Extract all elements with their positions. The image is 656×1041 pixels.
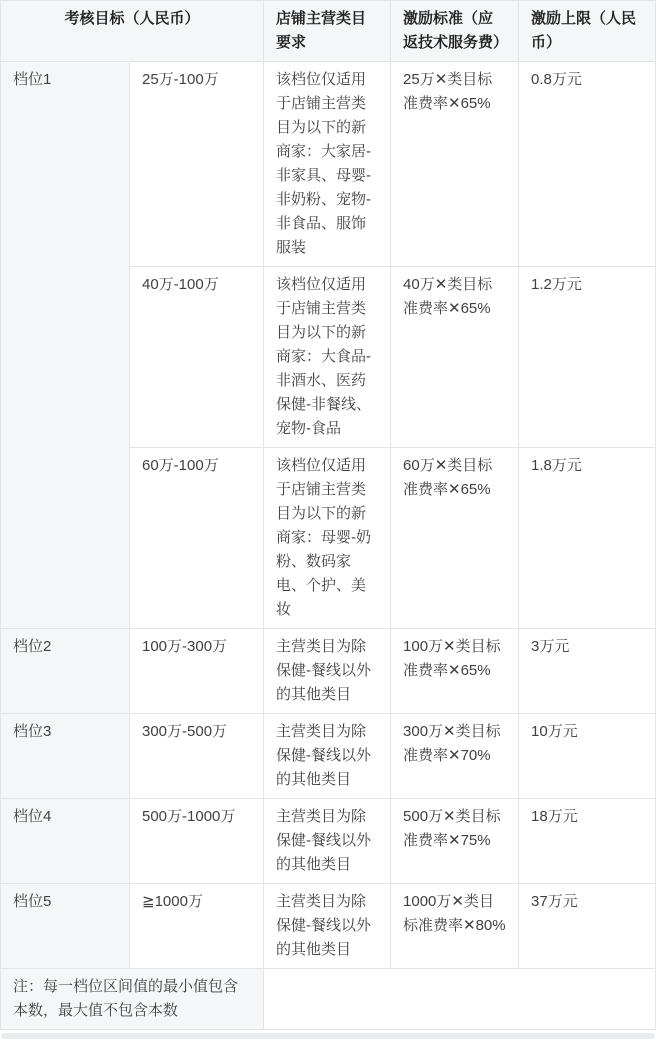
table-row: 档位5 ≧1000万 主营类目为除保健-餐线以外的其他类目 1000万✕类目标准… bbox=[1, 884, 656, 969]
header-category: 店铺主营类目要求 bbox=[264, 1, 391, 62]
category-cell: 主营类目为除保健-餐线以外的其他类目 bbox=[264, 799, 391, 884]
category-cell: 该档位仅适用于店铺主营类目为以下的新商家：大家居-非家具、母婴-非奶粉、宠物-非… bbox=[264, 62, 391, 267]
category-cell: 该档位仅适用于店铺主营类目为以下的新商家：母婴-奶粉、数码家电、个护、美妆 bbox=[264, 448, 391, 629]
target-cell: 300万-500万 bbox=[130, 714, 264, 799]
tier-cell: 档位4 bbox=[1, 799, 130, 884]
target-cell: ≧1000万 bbox=[130, 884, 264, 969]
cap-cell: 1.2万元 bbox=[519, 267, 656, 448]
table-row: 档位2 100万-300万 主营类目为除保健-餐线以外的其他类目 100万✕类目… bbox=[1, 629, 656, 714]
category-cell: 主营类目为除保健-餐线以外的其他类目 bbox=[264, 629, 391, 714]
incentive-table: 考核目标（人民币） 店铺主营类目要求 激励标准（应返技术服务费） 激励上限（人民… bbox=[0, 0, 656, 1030]
header-cap: 激励上限（人民币） bbox=[519, 1, 656, 62]
standard-cell: 40万✕类目标准费率✕65% bbox=[391, 267, 519, 448]
table-row: 档位1 25万-100万 该档位仅适用于店铺主营类目为以下的新商家：大家居-非家… bbox=[1, 62, 656, 267]
target-cell: 25万-100万 bbox=[130, 62, 264, 267]
standard-cell: 100万✕类目标准费率✕65% bbox=[391, 629, 519, 714]
category-cell: 该档位仅适用于店铺主营类目为以下的新商家：大食品-非酒水、医药保健-非餐线、宠物… bbox=[264, 267, 391, 448]
standard-cell: 500万✕类目标准费率✕75% bbox=[391, 799, 519, 884]
tier-cell: 档位5 bbox=[1, 884, 130, 969]
tier-cell: 档位3 bbox=[1, 714, 130, 799]
header-target: 考核目标（人民币） bbox=[1, 1, 264, 62]
header-standard: 激励标准（应返技术服务费） bbox=[391, 1, 519, 62]
cap-cell: 37万元 bbox=[519, 884, 656, 969]
tier-cell: 档位1 bbox=[1, 62, 130, 629]
note-cell: 注：每一档位区间值的最小值包含本数，最大值不包含本数 bbox=[1, 969, 264, 1030]
standard-cell: 60万✕类目标准费率✕65% bbox=[391, 448, 519, 629]
table-row: 档位4 500万-1000万 主营类目为除保健-餐线以外的其他类目 500万✕类… bbox=[1, 799, 656, 884]
cap-cell: 1.8万元 bbox=[519, 448, 656, 629]
target-cell: 60万-100万 bbox=[130, 448, 264, 629]
category-cell: 主营类目为除保健-餐线以外的其他类目 bbox=[264, 714, 391, 799]
horizontal-scrollbar[interactable] bbox=[1, 1033, 655, 1039]
note-empty-cell bbox=[264, 969, 656, 1030]
note-row: 注：每一档位区间值的最小值包含本数，最大值不包含本数 bbox=[1, 969, 656, 1030]
cap-cell: 3万元 bbox=[519, 629, 656, 714]
target-cell: 500万-1000万 bbox=[130, 799, 264, 884]
table-row: 档位3 300万-500万 主营类目为除保健-餐线以外的其他类目 300万✕类目… bbox=[1, 714, 656, 799]
tier-cell: 档位2 bbox=[1, 629, 130, 714]
target-cell: 100万-300万 bbox=[130, 629, 264, 714]
cap-cell: 18万元 bbox=[519, 799, 656, 884]
header-row: 考核目标（人民币） 店铺主营类目要求 激励标准（应返技术服务费） 激励上限（人民… bbox=[1, 1, 656, 62]
incentive-table-page: 考核目标（人民币） 店铺主营类目要求 激励标准（应返技术服务费） 激励上限（人民… bbox=[0, 0, 656, 1039]
standard-cell: 1000万✕类目标准费率✕80% bbox=[391, 884, 519, 969]
standard-cell: 300万✕类目标准费率✕70% bbox=[391, 714, 519, 799]
target-cell: 40万-100万 bbox=[130, 267, 264, 448]
cap-cell: 10万元 bbox=[519, 714, 656, 799]
category-cell: 主营类目为除保健-餐线以外的其他类目 bbox=[264, 884, 391, 969]
standard-cell: 25万✕类目标准费率✕65% bbox=[391, 62, 519, 267]
cap-cell: 0.8万元 bbox=[519, 62, 656, 267]
